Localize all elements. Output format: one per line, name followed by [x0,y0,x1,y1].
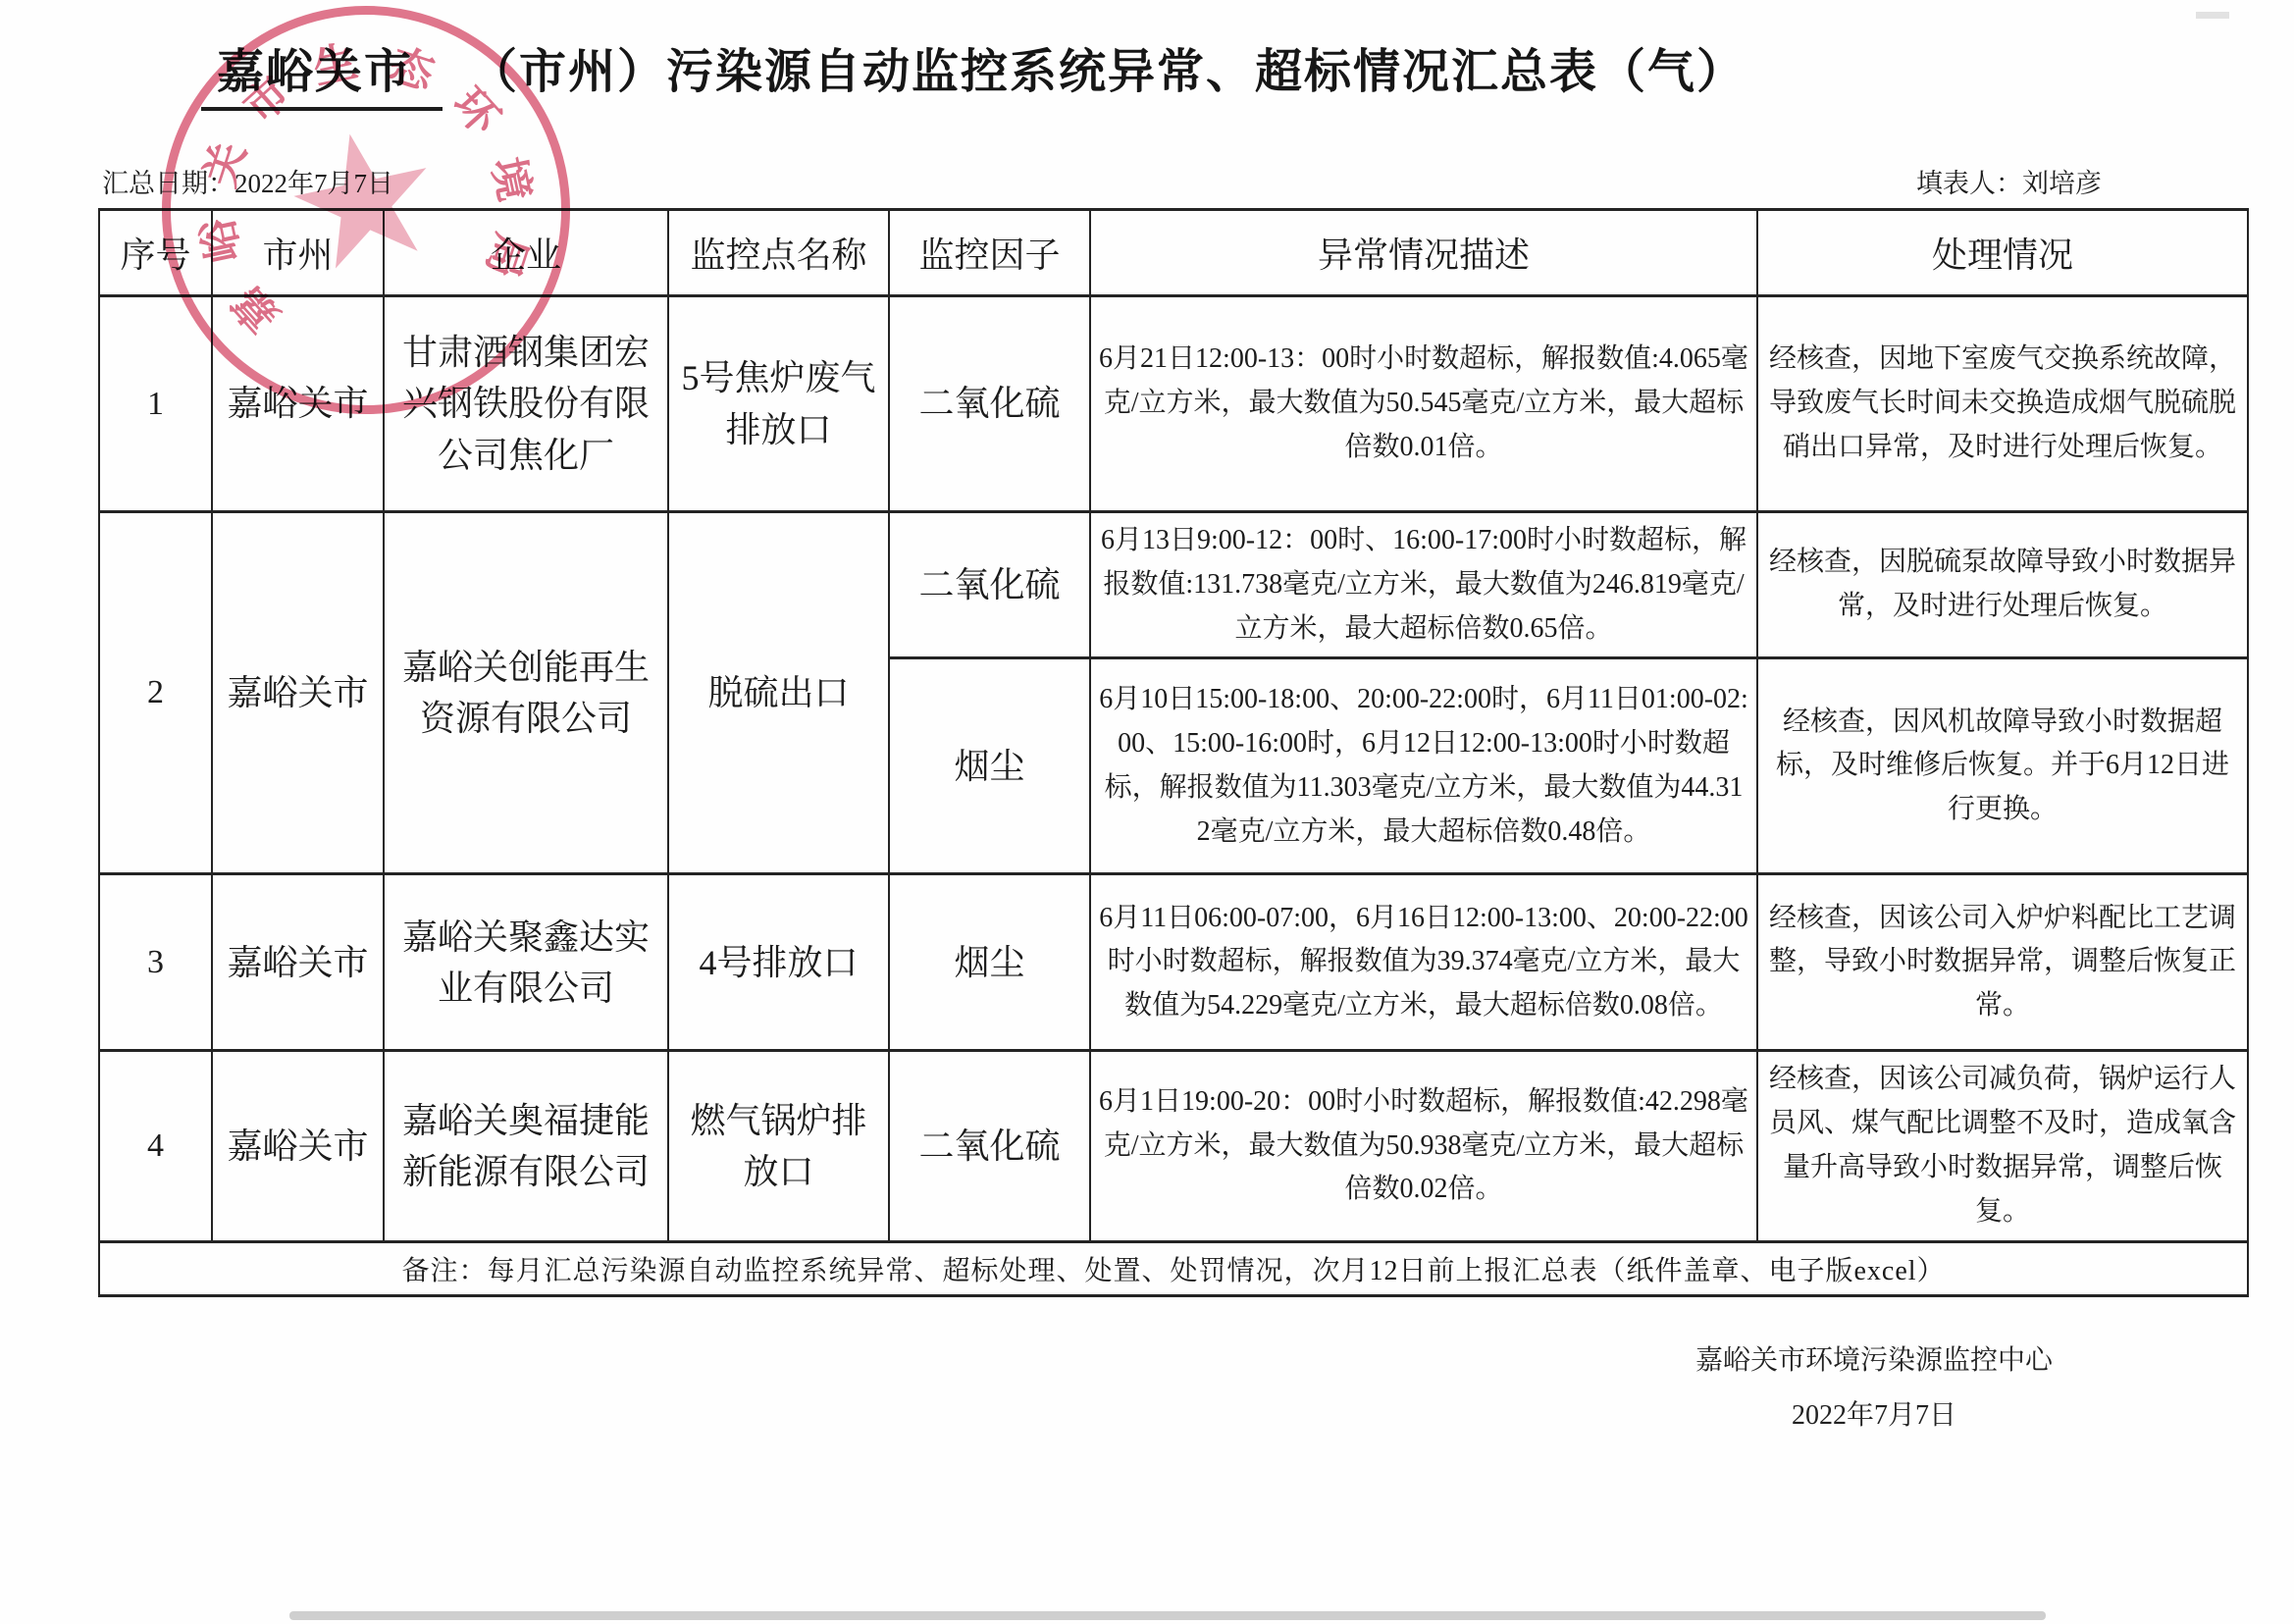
cell-desc: 6月1日19:00-20：00时小时数超标，解报数值:42.298毫克/立方米，… [1090,1051,1757,1241]
title-city-name: 嘉峪关市 [201,33,443,111]
cell-factor: 二氧化硫 [889,1051,1090,1241]
cell-factor: 烟尘 [889,874,1090,1051]
cell-no: 2 [99,512,212,874]
cell-no: 1 [99,296,212,512]
table-note-row: 备注：每月汇总污染源自动监控系统异常、超标处理、处置、处罚情况，次月12日前上报… [99,1241,2248,1295]
cell-handle: 经核查，因该公司入炉炉料配比工艺调整，导致小时数据异常，调整后恢复正常。 [1757,874,2248,1051]
cell-city: 嘉峪关市 [212,512,384,874]
cell-desc: 6月10日15:00-18:00、20:00-22:00时，6月11日01:00… [1090,658,1757,874]
signature-org: 嘉峪关市环境污染源监控中心 [1688,1338,2060,1378]
form-filler-value: 刘培彦 [2022,169,2102,198]
cell-no: 4 [99,1051,212,1241]
seal-char: 境 [493,148,550,206]
header-point: 监控点名称 [668,210,889,296]
cell-point: 4号排放口 [668,874,889,1051]
cell-desc: 6月11日06:00-07:00，6月16日12:00-13:00、20:00-… [1090,874,1757,1051]
cell-city: 嘉峪关市 [212,1051,384,1241]
cell-company: 嘉峪关聚鑫达实业有限公司 [384,874,668,1051]
page-title: 嘉峪关市（市州）污染源自动监控系统异常、超标情况汇总表（气） [201,33,1746,111]
cell-city: 嘉峪关市 [212,296,384,512]
scan-artifact-bar [289,1611,2046,1620]
note-cell: 备注：每月汇总污染源自动监控系统异常、超标处理、处置、处罚情况，次月12日前上报… [99,1241,2248,1295]
header-company: 企业 [384,210,668,296]
signature-block: 嘉峪关市环境污染源监控中心 2022年7月7日 [1688,1338,2060,1433]
summary-table: 序号 市州 企业 监控点名称 监控因子 异常情况描述 处理情况 1 嘉峪关市 甘… [98,208,2249,1297]
header-handle: 处理情况 [1757,210,2248,296]
header-city: 市州 [212,210,384,296]
table-row: 1 嘉峪关市 甘肃酒钢集团宏兴钢铁股份有限公司焦化厂 5号焦炉废气排放口 二氧化… [99,296,2248,512]
cell-handle: 经核查，因该公司减负荷，锅炉运行人员风、煤气配比调整不及时，造成氧含量升高导致小… [1757,1051,2248,1241]
header-factor: 监控因子 [889,210,1090,296]
cell-factor: 烟尘 [889,658,1090,874]
cell-company: 嘉峪关奥福捷能新能源有限公司 [384,1051,668,1241]
cell-no: 3 [99,874,212,1051]
header-no: 序号 [99,210,212,296]
table-row: 4 嘉峪关市 嘉峪关奥福捷能新能源有限公司 燃气锅炉排放口 二氧化硫 6月1日1… [99,1051,2248,1241]
cell-handle: 经核查，因风机故障导致小时数据超标，及时维修后恢复。并于6月12日进行更换。 [1757,658,2248,874]
cell-factor: 二氧化硫 [889,512,1090,658]
table-row: 2 嘉峪关市 嘉峪关创能再生资源有限公司 脱硫出口 二氧化硫 6月13日9:00… [99,512,2248,658]
form-filler: 填表人：刘培彦 [1916,162,2102,200]
cell-factor: 二氧化硫 [889,296,1090,512]
cell-company: 甘肃酒钢集团宏兴钢铁股份有限公司焦化厂 [384,296,668,512]
cell-company: 嘉峪关创能再生资源有限公司 [384,512,668,874]
cell-point: 5号焦炉废气排放口 [668,296,889,512]
summary-date: 汇总日期：2022年7月7日 [102,162,393,200]
table-row: 3 嘉峪关市 嘉峪关聚鑫达实业有限公司 4号排放口 烟尘 6月11日06:00-… [99,874,2248,1051]
cell-city: 嘉峪关市 [212,874,384,1051]
table-header-row: 序号 市州 企业 监控点名称 监控因子 异常情况描述 处理情况 [99,210,2248,296]
document-page: 嘉峪关市（市州）污染源自动监控系统异常、超标情况汇总表（气） 汇总日期：2022… [0,0,2294,1624]
summary-date-value: 2022年7月7日 [235,169,393,198]
cell-desc: 6月13日9:00-12：00时、16:00-17:00时小时数超标，解报数值:… [1090,512,1757,658]
scan-artifact-mark [2196,12,2229,19]
summary-date-label: 汇总日期： [102,169,235,198]
cell-desc: 6月21日12:00-13：00时小时数超标，解报数值:4.065毫克/立方米，… [1090,296,1757,512]
title-rest: （市州）污染源自动监控系统异常、超标情况汇总表（气） [470,46,1746,98]
cell-point: 脱硫出口 [668,512,889,874]
cell-handle: 经核查，因地下室废气交换系统故障，导致废气长时间未交换造成烟气脱硫脱硝出口异常，… [1757,296,2248,512]
header-desc: 异常情况描述 [1090,210,1757,296]
signature-date: 2022年7月7日 [1688,1393,2060,1433]
cell-handle: 经核查，因脱硫泵故障导致小时数据异常，及时进行处理后恢复。 [1757,512,2248,658]
form-filler-label: 填表人： [1916,169,2022,198]
cell-point: 燃气锅炉排放口 [668,1051,889,1241]
